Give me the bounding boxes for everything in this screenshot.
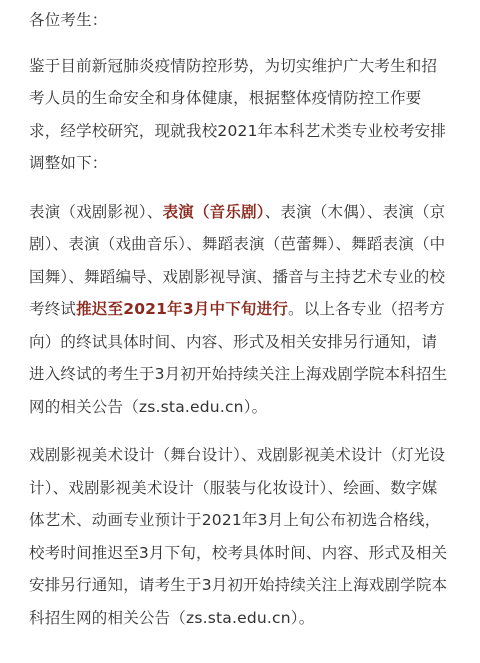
postponement-highlight: 推迟至2021年3月中下旬进行 xyxy=(76,300,288,318)
musical-theatre-highlight: 表演（音乐剧） xyxy=(163,203,265,221)
intro-paragraph: 鉴于目前新冠肺炎疫情防控形势，为切实维护广大考生和招考人员的生命安全和身体健康，… xyxy=(29,50,452,180)
performance-majors-paragraph: 表演（戏剧影视）、表演（音乐剧）、表演（木偶）、表演（京剧）、表演（戏曲音乐）、… xyxy=(29,196,452,424)
design-majors-paragraph: 戏剧影视美术设计（舞台设计）、戏剧影视美术设计（灯光设计）、戏剧影视美术设计（服… xyxy=(29,439,452,634)
section1-part1: 表演（戏剧影视）、 xyxy=(29,203,163,221)
notice-document: 各位考生： 鉴于目前新冠肺炎疫情防控形势，为切实维护广大考生和招考人员的生命安全… xyxy=(0,0,480,634)
greeting: 各位考生： xyxy=(29,4,452,37)
